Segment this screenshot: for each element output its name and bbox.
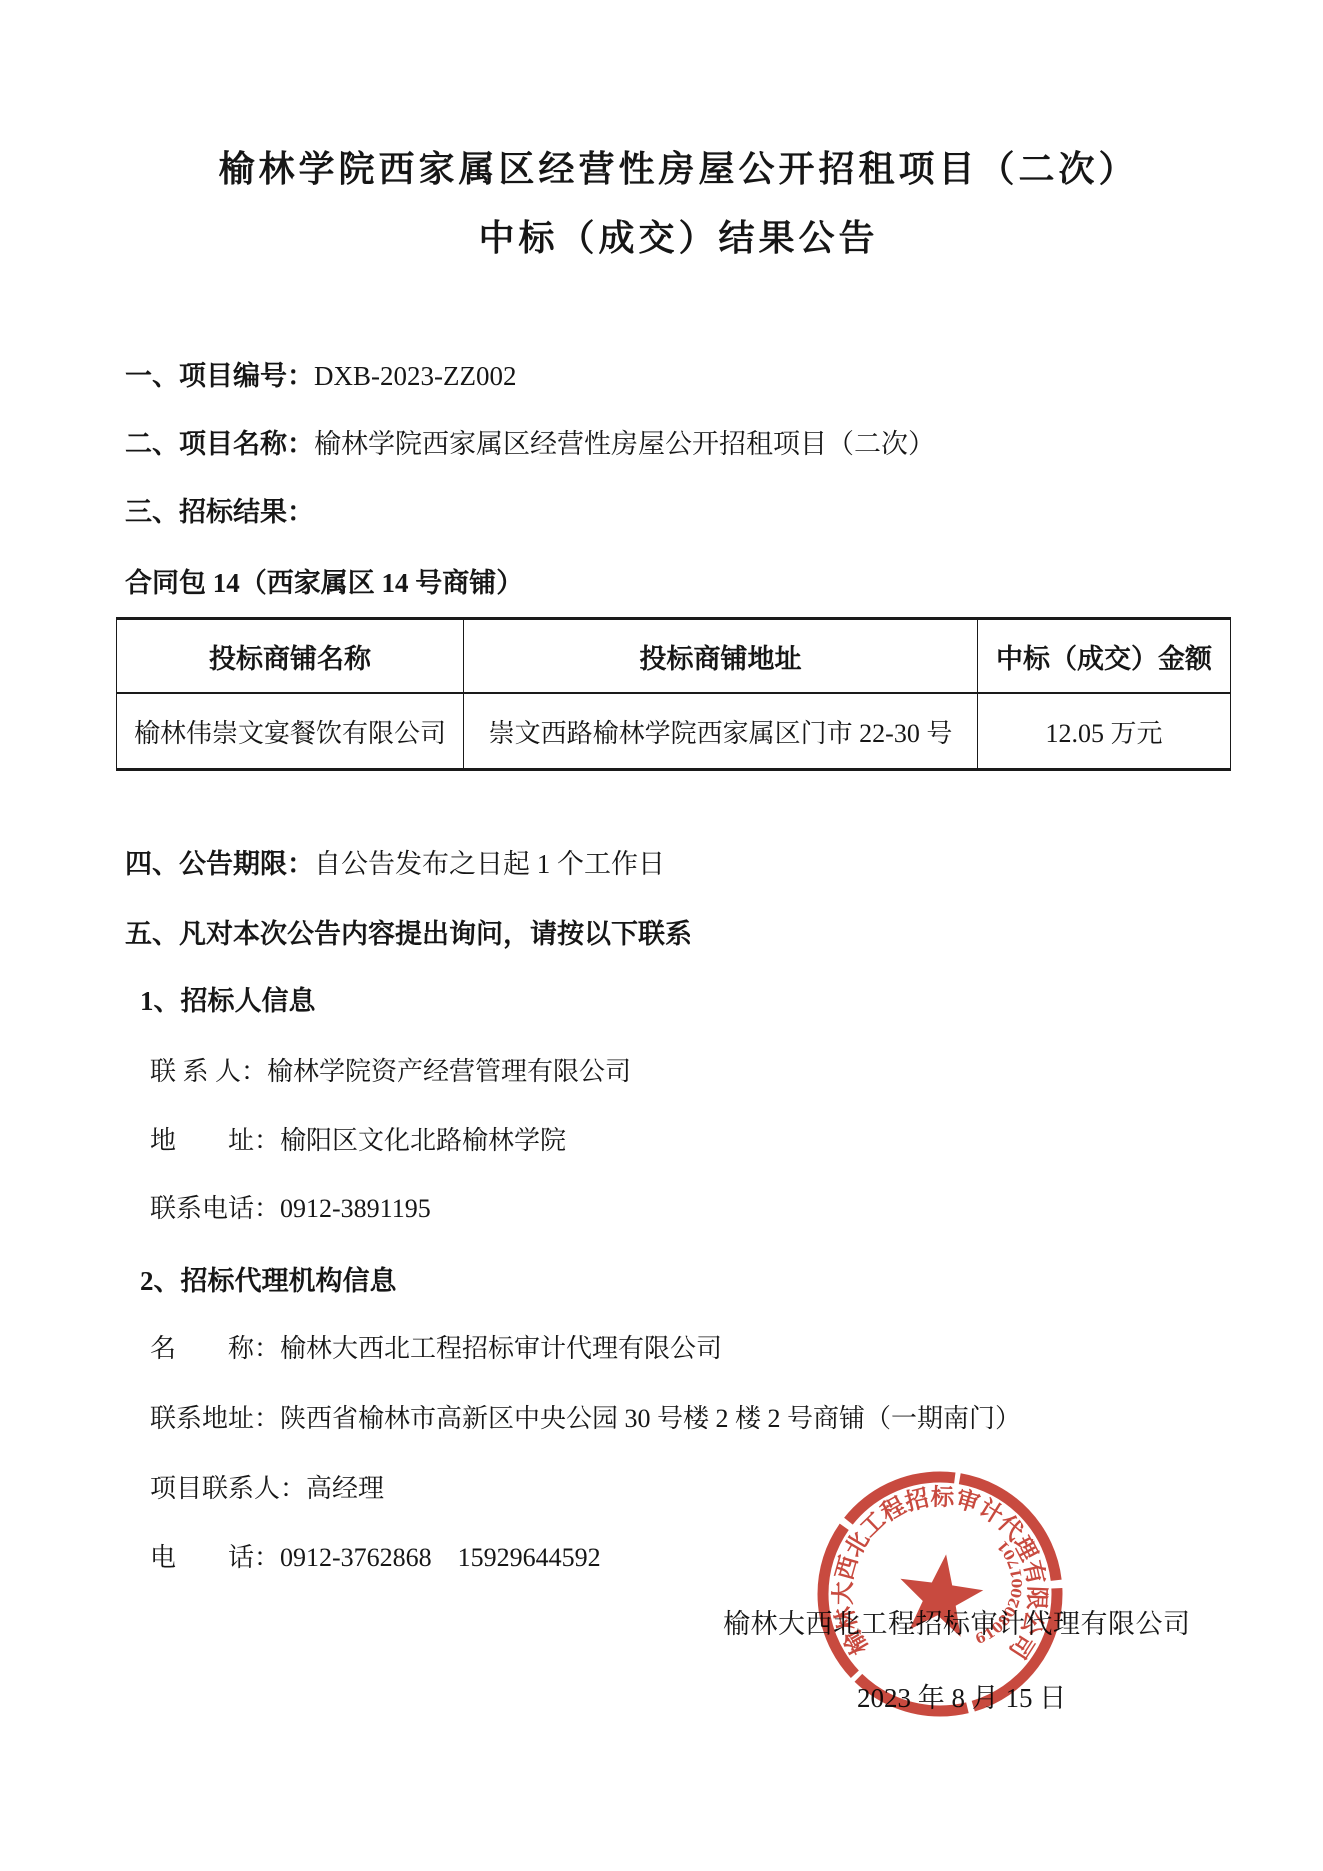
agency-info-heading: 2、招标代理机构信息 (140, 1262, 397, 1300)
tenderer-address-line: 地 址：榆阳区文化北路榆林学院 (150, 1122, 566, 1160)
cell-award-amount: 12.05 万元 (978, 693, 1231, 770)
agency-address-label: 联系地址： (150, 1404, 280, 1433)
bid-result-table: 投标商铺名称 投标商铺地址 中标（成交）金额 榆林伟崇文宴餐饮有限公司 崇文西路… (116, 617, 1231, 771)
company-seal-stamp: 榆林大西北工程招标审计代理有限公司 61080200170177 (812, 1466, 1068, 1722)
col-header-shop-address: 投标商铺地址 (464, 619, 978, 694)
agency-phone-value: 0912-3762868 15929644592 (280, 1543, 601, 1572)
agency-phone-line: 电 话：0912-3762868 15929644592 (150, 1539, 601, 1577)
section-announcement-period: 四、公告期限：自公告发布之日起 1 个工作日 (125, 845, 665, 883)
tenderer-phone-label: 联系电话： (150, 1194, 280, 1223)
document-title-line2: 中标（成交）结果公告 (0, 215, 1323, 261)
tenderer-address-label: 地 址： (150, 1126, 280, 1155)
tenderer-contact-label: 联 系 人： (150, 1057, 267, 1086)
section-bid-result: 三、招标结果： (125, 493, 314, 531)
agency-name-value: 榆林大西北工程招标审计代理有限公司 (280, 1334, 722, 1363)
cell-shop-name: 榆林伟崇文宴餐饮有限公司 (117, 693, 464, 770)
agency-name-label: 名 称： (150, 1334, 280, 1363)
agency-contact-label: 项目联系人： (150, 1474, 306, 1503)
project-number-label: 一、项目编号： (125, 361, 314, 391)
table-header-row: 投标商铺名称 投标商铺地址 中标（成交）金额 (117, 619, 1231, 694)
document-title-line1: 榆林学院西家属区经营性房屋公开招租项目（二次） (0, 146, 1323, 192)
table-row: 榆林伟崇文宴餐饮有限公司 崇文西路榆林学院西家属区门市 22-30 号 12.0… (117, 693, 1231, 770)
agency-address-line: 联系地址：陕西省榆林市高新区中央公园 30 号楼 2 楼 2 号商铺（一期南门） (150, 1400, 1021, 1438)
section-project-name: 二、项目名称：榆林学院西家属区经营性房屋公开招租项目（二次） (125, 425, 935, 463)
contract-package-title: 合同包 14（西家属区 14 号商铺） (125, 564, 523, 602)
project-name-value: 榆林学院西家属区经营性房屋公开招租项目（二次） (314, 429, 935, 459)
inquiry-label: 五、凡对本次公告内容提出询问，请按以下联系 (125, 919, 692, 949)
announcement-period-label: 四、公告期限： (125, 849, 314, 879)
project-number-value: DXB-2023-ZZ002 (314, 361, 516, 391)
tenderer-contact-value: 榆林学院资产经营管理有限公司 (267, 1057, 631, 1086)
contract-package-label: 合同包 14（西家属区 14 号商铺） (125, 568, 523, 598)
section-project-number: 一、项目编号：DXB-2023-ZZ002 (125, 357, 516, 395)
section-inquiry: 五、凡对本次公告内容提出询问，请按以下联系 (125, 915, 692, 953)
agency-contact-value: 高经理 (306, 1474, 384, 1503)
tenderer-heading-label: 1、招标人信息 (140, 986, 316, 1016)
tenderer-info-heading: 1、招标人信息 (140, 982, 316, 1020)
announcement-period-value: 自公告发布之日起 1 个工作日 (314, 849, 665, 879)
star-icon (900, 1554, 983, 1637)
tenderer-phone-line: 联系电话：0912-3891195 (150, 1190, 431, 1228)
agency-contact-line: 项目联系人：高经理 (150, 1470, 384, 1508)
agency-heading-label: 2、招标代理机构信息 (140, 1266, 397, 1296)
col-header-award-amount: 中标（成交）金额 (978, 619, 1231, 694)
tenderer-contact-line: 联 系 人：榆林学院资产经营管理有限公司 (150, 1053, 631, 1091)
cell-shop-address: 崇文西路榆林学院西家属区门市 22-30 号 (464, 693, 978, 770)
document-page: 榆林学院西家属区经营性房屋公开招租项目（二次） 中标（成交）结果公告 一、项目编… (0, 0, 1323, 1871)
bid-result-label: 三、招标结果： (125, 497, 314, 527)
project-name-label: 二、项目名称： (125, 429, 314, 459)
col-header-shop-name: 投标商铺名称 (117, 619, 464, 694)
agency-address-value: 陕西省榆林市高新区中央公园 30 号楼 2 楼 2 号商铺（一期南门） (280, 1404, 1021, 1433)
agency-phone-label: 电 话： (150, 1543, 280, 1572)
tenderer-address-value: 榆阳区文化北路榆林学院 (280, 1126, 566, 1155)
agency-name-line: 名 称：榆林大西北工程招标审计代理有限公司 (150, 1330, 722, 1368)
tenderer-phone-value: 0912-3891195 (280, 1194, 431, 1223)
